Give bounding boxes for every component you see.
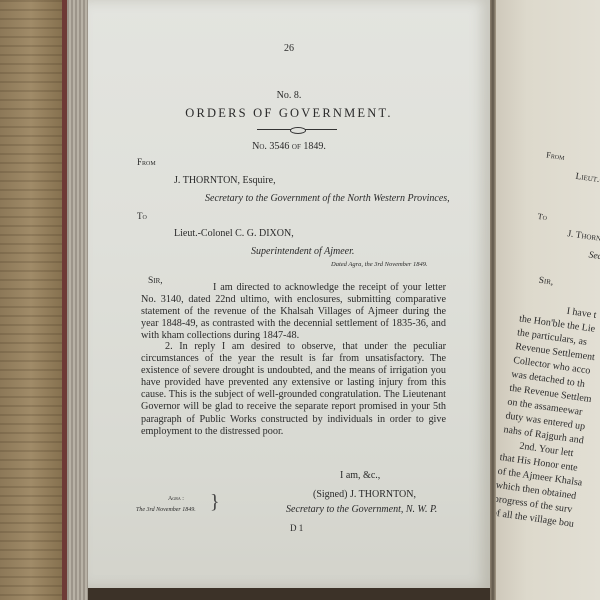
brace-icon: } xyxy=(210,492,220,512)
sender-title: Secretary to the Government of the North… xyxy=(205,193,450,204)
ornament-divider-icon xyxy=(257,127,337,133)
recipient-title: Superintendent of Ajmeer. xyxy=(251,246,354,257)
right-sender-name: Lieut.-Col xyxy=(575,172,600,188)
to-label: To xyxy=(137,211,147,221)
signature: (Signed) J. THORNTON, xyxy=(313,489,416,500)
dateline: Dated Agra, the 3rd November 1849. xyxy=(331,261,428,268)
right-to-label: To xyxy=(537,211,548,222)
paragraph-1: I am directed to acknowledge the receipt… xyxy=(141,282,446,342)
wooden-table xyxy=(0,0,62,600)
from-label: From xyxy=(137,157,156,167)
page-number: 26 xyxy=(88,43,490,54)
page-bottom-shadow xyxy=(88,588,490,600)
signer-title: Secretary to the Government, N. W. P. xyxy=(286,504,437,515)
right-text-line: I have t xyxy=(566,306,597,321)
place: Agra : xyxy=(168,496,184,502)
paragraph-2: 2. In reply I am desired to observe, tha… xyxy=(141,341,446,438)
closing: I am, &c., xyxy=(340,470,380,481)
right-page: SET From Lieut.-Col To J. Thornto Secy. … xyxy=(496,0,600,600)
letter-number: No. 3546 of 1849. xyxy=(88,141,490,152)
recipient-name: Lieut.-Colonel C. G. DIXON, xyxy=(174,228,294,239)
page-edges xyxy=(67,0,88,600)
right-recipient-name: J. Thornto xyxy=(567,229,600,245)
right-salutation: Sir, xyxy=(538,276,554,288)
sender-name: J. THORNTON, Esquire, xyxy=(174,175,276,186)
right-recipient-title: Secy. xyxy=(588,250,600,263)
place-date: The 3rd November 1849. xyxy=(136,507,196,513)
document-number: No. 8. xyxy=(88,90,490,101)
page-title: ORDERS OF GOVERNMENT. xyxy=(88,106,490,121)
signature-mark: D 1 xyxy=(290,523,303,533)
right-from-label: From xyxy=(546,150,566,162)
